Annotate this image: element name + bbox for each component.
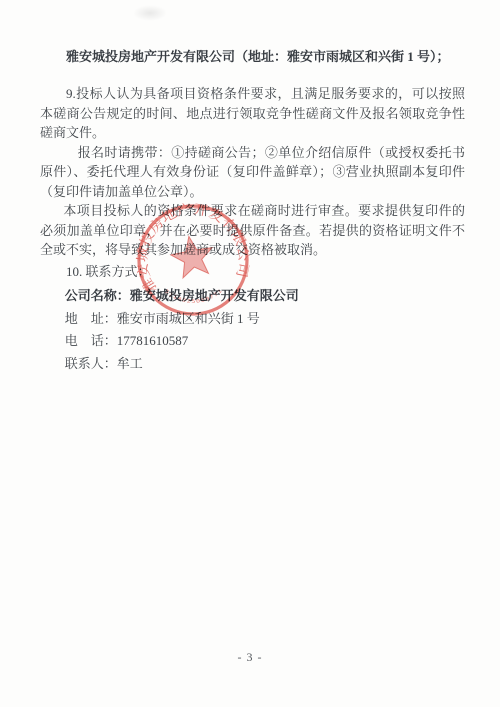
contact-person-value: 牟工 bbox=[117, 356, 143, 371]
scanned-document-page: 雅安城投房地产开发有限公司（地址：雅安市雨城区和兴街 1 号）； 9.投标人认为… bbox=[0, 0, 500, 707]
contact-phone-value: 17781610587 bbox=[117, 333, 189, 348]
contact-company-value: 雅安城投房地产开发有限公司 bbox=[130, 288, 299, 303]
contact-person-label: 联系人： bbox=[65, 356, 117, 371]
contact-company-label: 公司名称： bbox=[65, 288, 130, 303]
document-body: 雅安城投房地产开发有限公司（地址：雅安市雨城区和兴街 1 号）； 9.投标人认为… bbox=[40, 47, 465, 375]
paragraph-qualification-review: 本项目投标人的资格条件要求在磋商时进行审查。要求提供复印件的必须加盖单位印章，并… bbox=[40, 201, 465, 260]
paragraph-registration-requirements: 报名时请携带：①持磋商公告；②单位介绍信原件（或授权委托书原件）、委托代理人有效… bbox=[40, 143, 465, 202]
contact-address-label: 地 址： bbox=[65, 311, 117, 326]
scan-smudge bbox=[133, 5, 167, 21]
contact-person-row: 联系人：牟工 bbox=[65, 353, 465, 376]
page-number: - 3 - bbox=[0, 650, 500, 665]
paragraph-contact-heading: 10. 联系方式： bbox=[40, 262, 465, 282]
contact-phone-row: 电 话：17781610587 bbox=[65, 330, 465, 353]
contact-address-value: 雅安市雨城区和兴街 1 号 bbox=[117, 311, 260, 326]
contact-phone-label: 电 话： bbox=[65, 333, 117, 348]
paragraph-item-9: 9.投标人认为具备项目资格条件要求，且满足服务要求的，可以按照本磋商公告规定的时… bbox=[40, 84, 465, 143]
contact-info-block: 公司名称：雅安城投房地产开发有限公司 地 址：雅安市雨城区和兴街 1 号 电 话… bbox=[65, 285, 465, 375]
contact-address-row: 地 址：雅安市雨城区和兴街 1 号 bbox=[65, 308, 465, 331]
paragraph-company-address: 雅安城投房地产开发有限公司（地址：雅安市雨城区和兴街 1 号）； bbox=[40, 47, 465, 67]
contact-company-row: 公司名称：雅安城投房地产开发有限公司 bbox=[65, 285, 465, 308]
